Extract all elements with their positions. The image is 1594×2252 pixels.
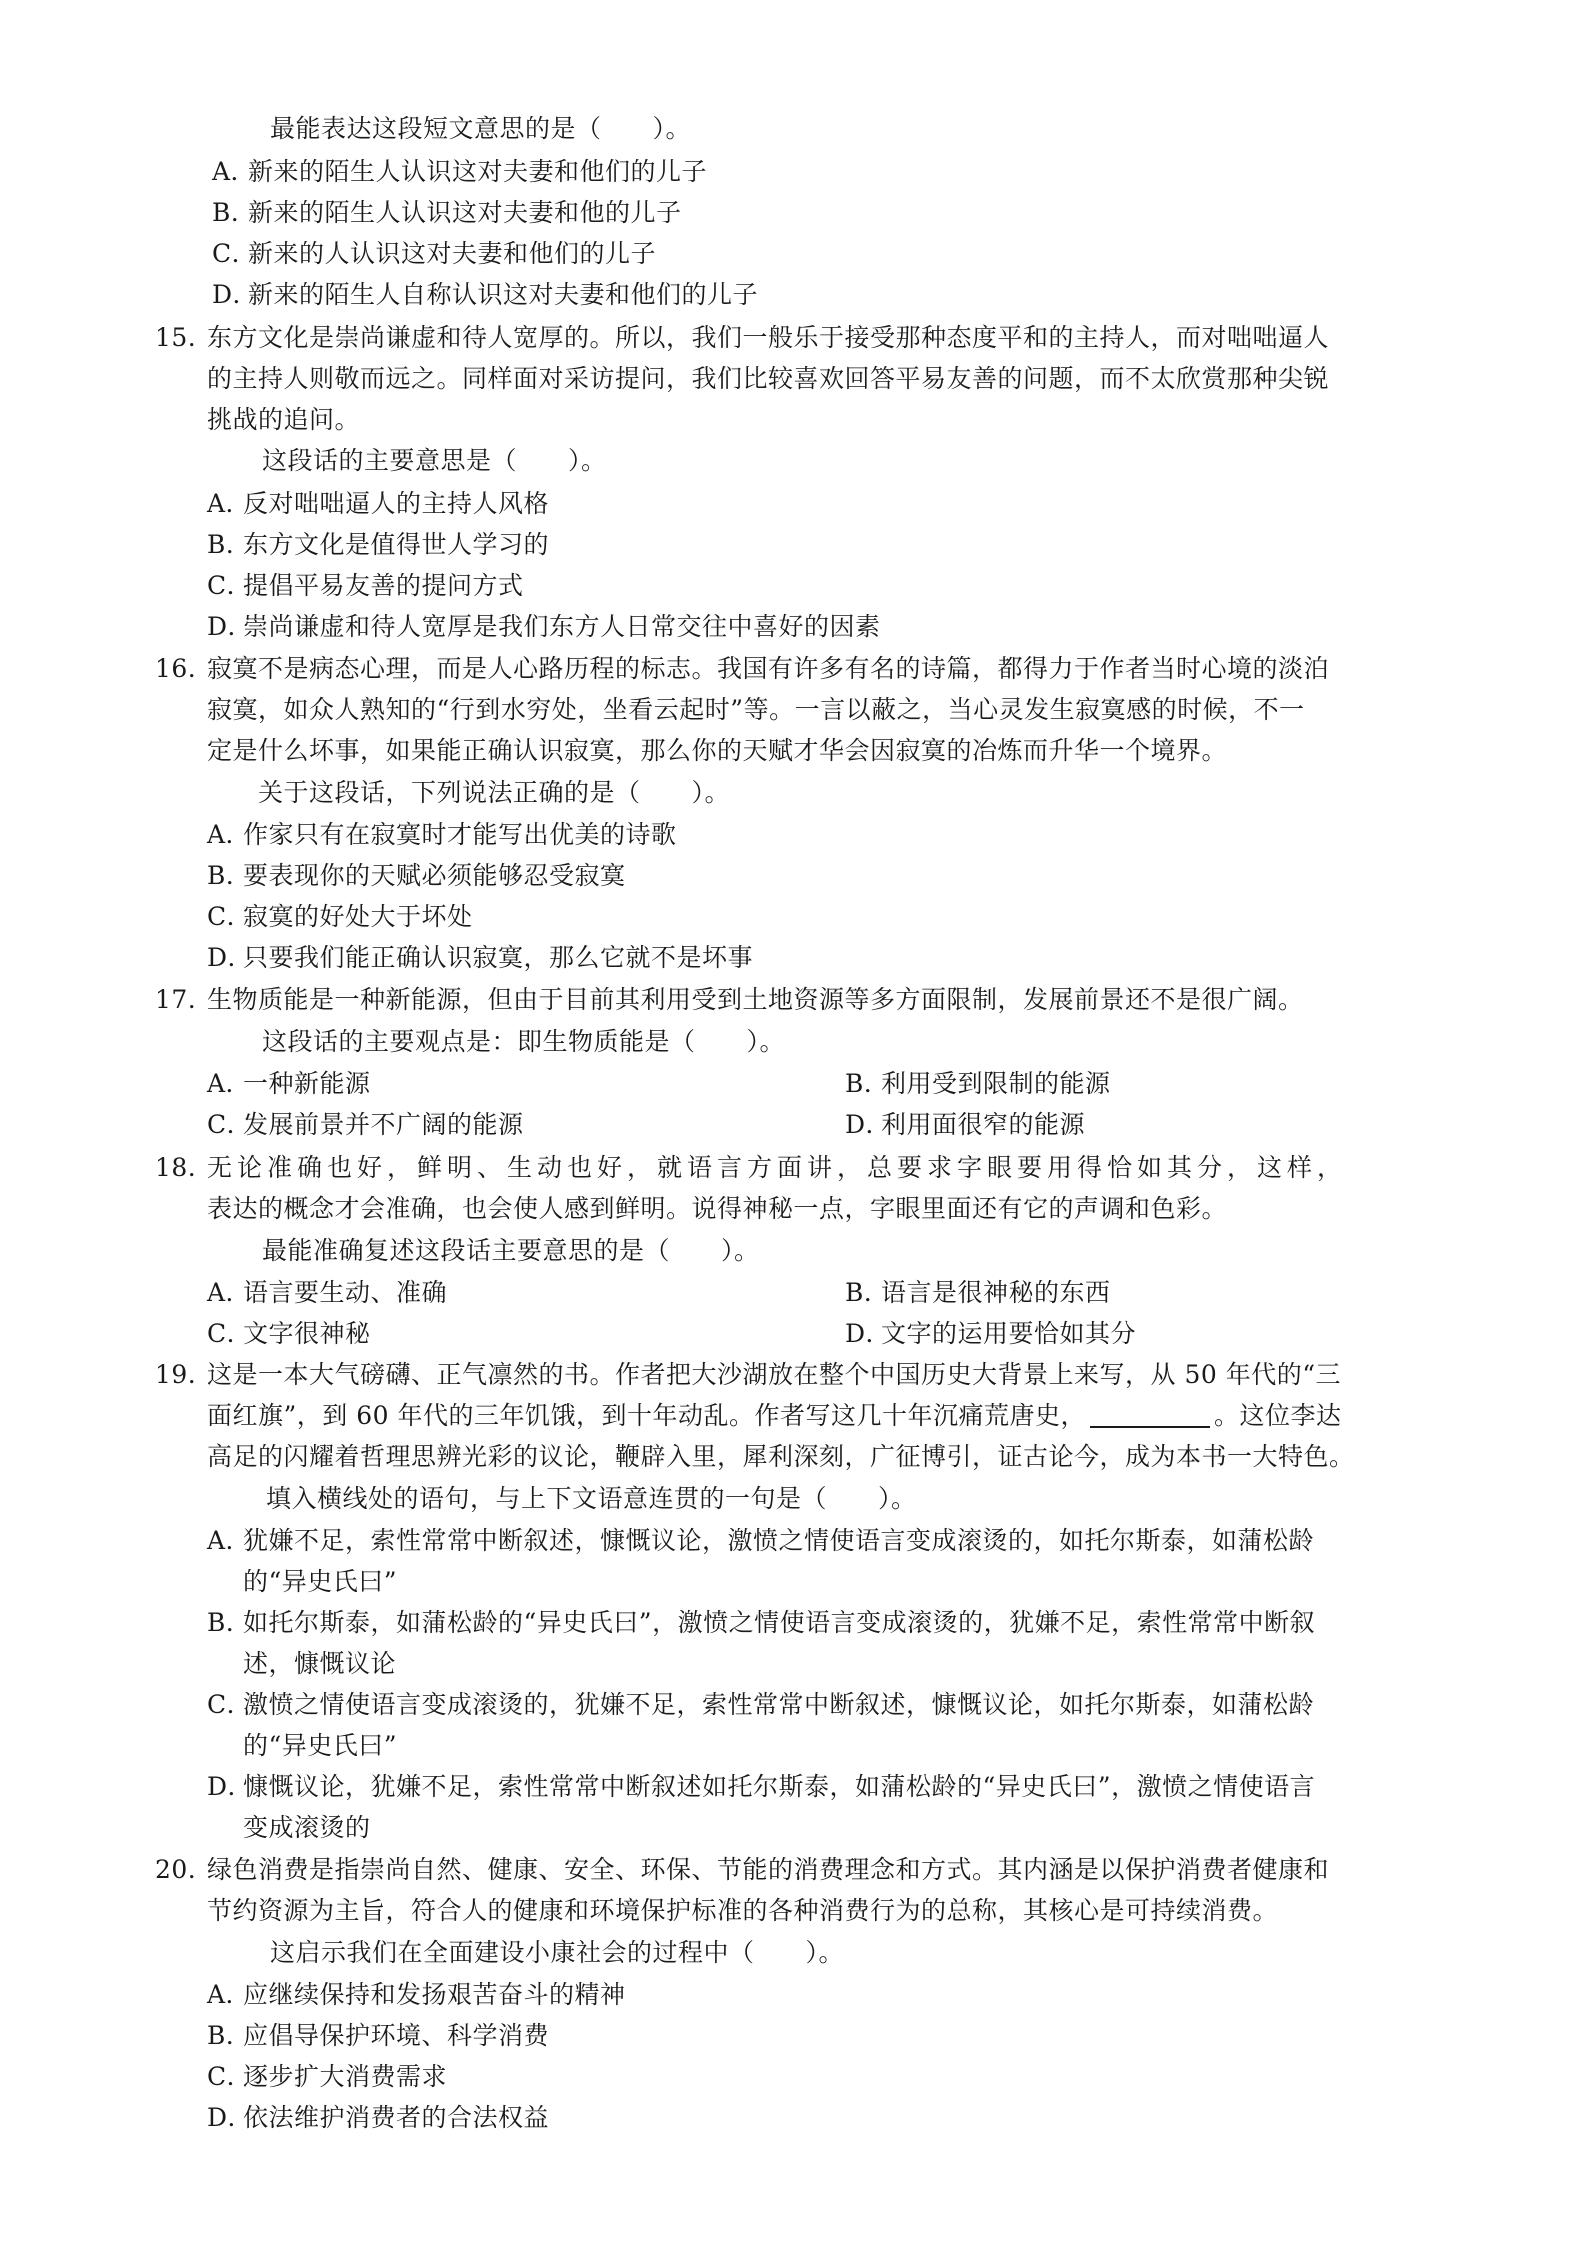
q16-passage-line-1: 16.寂寞不是病态心理，而是人心路历程的标志。我国有许多有名的诗篇，都得力于作者… (155, 652, 1329, 686)
q19-option-a-cont: 的“异史氏曰” (243, 1565, 397, 1599)
q16-passage-line-3: 定是什么坏事，如果能正确认识寂寞，那么你的天赋才华会因寂寞的冶炼而升华一个境界。 (207, 734, 1227, 768)
q18-option-b: B．语言是很神秘的东西 (845, 1276, 1111, 1310)
q19-option-d: D．慷慨议论，犹嫌不足，索性常常中断叙述如托尔斯泰，如蒲松龄的“异史氏曰”，激愤… (207, 1770, 1315, 1804)
q16-option-a: A．作家只有在寂寞时才能写出优美的诗歌 (207, 818, 677, 852)
q20-passage-line-1: 20.绿色消费是指崇尚自然、健康、安全、环保、节能的消费理念和方式。其内涵是以保… (155, 1853, 1329, 1887)
q16-stem: 关于这段话，下列说法正确的是（ ）。 (258, 776, 730, 810)
q19-option-d-cont: 变成滚烫的 (243, 1811, 371, 1845)
q19-passage-line-2: 面红旗”，到 60 年代的三年饥饿，到十年动乱。作者写这几十年沉痛荒唐史，。这位… (207, 1399, 1342, 1433)
q20-option-c: C．逐步扩大消费需求 (207, 2060, 447, 2094)
q18-option-d: D．文字的运用要恰如其分 (845, 1317, 1136, 1351)
question-number: 20. (155, 1853, 207, 1887)
q17-option-d: D．利用面很窄的能源 (845, 1108, 1085, 1142)
question-number: 16. (155, 652, 207, 686)
q19-option-b-cont: 述，慷慨议论 (243, 1647, 396, 1681)
q16-passage-line-2: 寂寞，如众人熟知的“行到水穷处，坐看云起时”等。一言以蔽之，当心灵发生寂寞感的时… (207, 693, 1305, 727)
q18-option-a: A．语言要生动、准确 (207, 1276, 447, 1310)
q19-option-c-cont: 的“异史氏曰” (243, 1729, 397, 1763)
q20-option-b: B．应倡导保护环境、科学消费 (207, 2019, 549, 2053)
q19-option-b: B．如托尔斯泰，如蒲松龄的“异史氏曰”，激愤之情使语言变成滚烫的，犹嫌不足，索性… (207, 1606, 1315, 1640)
q15-option-b: B．东方文化是值得世人学习的 (207, 528, 549, 562)
q14-option-d: D．新来的陌生人自称认识这对夫妻和他们的儿子 (212, 278, 758, 312)
q17-option-c: C．发展前景并不广阔的能源 (207, 1108, 524, 1142)
exam-page: 最能表达这段短文意思的是（ ）。 A．新来的陌生人认识这对夫妻和他们的儿子 B．… (0, 0, 1594, 2252)
q16-option-c: C．寂寞的好处大于坏处 (207, 900, 473, 934)
q14-option-b: B．新来的陌生人认识这对夫妻和他的儿子 (212, 196, 682, 230)
question-number: 15. (155, 321, 207, 355)
q17-stem: 这段话的主要观点是：即生物质能是（ ）。 (262, 1025, 785, 1059)
q18-stem: 最能准确复述这段话主要意思的是（ ）。 (262, 1234, 760, 1268)
q19-stem: 填入横线处的语句，与上下文语意连贯的一句是（ ）。 (266, 1482, 917, 1516)
q15-option-d: D．崇尚谦虚和待人宽厚是我们东方人日常交往中喜好的因素 (207, 610, 881, 644)
q15-passage-line-1: 15.东方文化是崇尚谦虚和待人宽厚的。所以，我们一般乐于接受那种态度平和的主持人… (155, 321, 1329, 355)
q15-passage-line-2: 的主持人则敬而远之。同样面对采访提问，我们比较喜欢回答平易友善的问题，而不太欣赏… (207, 362, 1329, 396)
q20-stem: 这启示我们在全面建设小康社会的过程中（ ）。 (270, 1936, 844, 1970)
q18-passage-line-1: 18.无论准确也好，鲜明、生动也好，就语言方面讲，总要求字眼要用得恰如其分，这样… (155, 1151, 1347, 1185)
q18-option-c: C．文字很神秘 (207, 1317, 371, 1351)
q19-passage-line-3: 高足的闪耀着哲理思辨光彩的议论，鞭辟入里，犀利深刻，广征博引，证古论今，成为本书… (207, 1440, 1355, 1474)
q14-stem: 最能表达这段短文意思的是（ ）。 (270, 112, 691, 146)
q15-option-a: A．反对咄咄逼人的主持人风格 (207, 487, 549, 521)
answer-blank (1090, 1424, 1210, 1428)
q14-option-a: A．新来的陌生人认识这对夫妻和他们的儿子 (212, 155, 707, 189)
q19-passage-line-1: 19.这是一本大气磅礴、正气凛然的书。作者把大沙湖放在整个中国历史大背景上来写，… (155, 1358, 1341, 1392)
q17-option-b: B．利用受到限制的能源 (845, 1067, 1111, 1101)
q16-option-b: B．要表现你的天赋必须能够忍受寂寞 (207, 859, 626, 893)
q14-option-c: C．新来的人认识这对夫妻和他们的儿子 (212, 237, 656, 271)
q19-option-c: C．激愤之情使语言变成滚烫的，犹嫌不足，索性常常中断叙述，慷慨议论，如托尔斯泰，… (207, 1688, 1314, 1722)
q15-option-c: C．提倡平易友善的提问方式 (207, 569, 524, 603)
q19-option-a: A．犹嫌不足，索性常常中断叙述，慷慨议论，激愤之情使语言变成滚烫的，如托尔斯泰，… (207, 1524, 1314, 1558)
question-number: 18. (155, 1151, 207, 1185)
q17-passage-line-1: 17.生物质能是一种新能源，但由于目前其利用受到土地资源等多方面限制，发展前景还… (155, 983, 1304, 1017)
q20-passage-line-2: 节约资源为主旨，符合人的健康和环境保护标准的各种消费行为的总称，其核心是可持续消… (207, 1894, 1278, 1928)
q18-passage-line-2: 表达的概念才会准确，也会使人感到鲜明。说得神秘一点，字眼里面还有它的声调和色彩。 (207, 1192, 1227, 1226)
q15-passage-line-3: 挑战的追问。 (207, 403, 360, 437)
q17-option-a: A．一种新能源 (207, 1067, 371, 1101)
q15-stem: 这段话的主要意思是（ ）。 (262, 444, 607, 478)
question-number: 19. (155, 1358, 207, 1392)
q20-option-a: A．应继续保持和发扬艰苦奋斗的精神 (207, 1978, 626, 2012)
question-number: 17. (155, 983, 207, 1017)
q16-option-d: D．只要我们能正确认识寂寞，那么它就不是坏事 (207, 941, 753, 975)
q20-option-d: D．依法维护消费者的合法权益 (207, 2101, 549, 2135)
